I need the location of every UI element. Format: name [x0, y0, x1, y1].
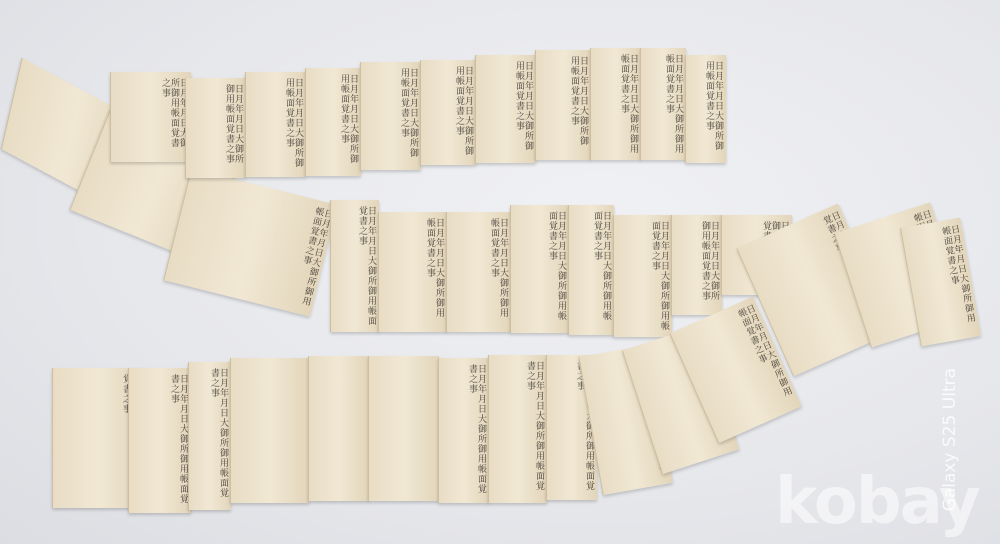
- panel: 日月年月日大御所御用帳面覚書之事: [185, 78, 246, 178]
- panel-text: 日月年月日大御所御用帳面覚書之事: [645, 54, 682, 154]
- panel-text: 日月年月日大御所御用帳面覚書之事: [365, 68, 417, 164]
- panel-text: 日月年月日大御所御用帳面覚書之事: [310, 74, 357, 170]
- panel: 日月年月日大御所御用帳面覚書之事: [110, 72, 191, 162]
- panel: 日月年月日大御所御用帳面覚書之事: [378, 212, 447, 332]
- panel: 日月年月日大御所御用帳面覚書之事: [420, 60, 476, 165]
- panel: 日月年月日大御所御用帳面覚書之事: [188, 362, 231, 510]
- panel-text: 日月年月日大御所御用帳面覚書之事: [193, 368, 227, 504]
- panel: 日月年月日大御所御用帳面覚書之事: [488, 355, 547, 503]
- panel-text: 日月年月日大御所御用帳面覚書之事: [493, 361, 543, 497]
- panel-text: 日月年月日大御所御用帳面覚書之事: [515, 211, 565, 327]
- panel: 日月年月日大御所御用帳面覚書之事: [438, 358, 489, 503]
- panel: 日月年月日大御所御用帳面覚書之事: [640, 48, 686, 160]
- panel: 日月年月日大御所御用帳面覚書之事: [535, 50, 591, 160]
- panel: 日月年月日大御所御用帳面覚書之事: [245, 72, 306, 177]
- panel-text: 日月年月日大御所御用帳面覚書之事: [190, 84, 242, 172]
- panel-text: 日月年月日大御所御用帳面覚書之事: [595, 54, 637, 154]
- panel-text: 日月年月日大御所御用帳面覚書之事: [573, 211, 610, 329]
- panel: 日月年月日大御所御用帳面覚書之事: [510, 205, 569, 333]
- panel-text: 日月年月日大御所御用帳面覚書之事: [115, 78, 187, 156]
- panel-text: 日月年月日大御所御用帳面覚書之事: [250, 78, 302, 171]
- panel: 日月年月日大御所御用帳面覚書之事: [671, 215, 722, 315]
- panel: 日月年月日大御所御用帳面覚書之事: [475, 55, 536, 163]
- panel-text: 日月年月日大御所御用帳面覚書之事: [451, 218, 507, 326]
- panel-text: 日月年月日大御所御用帳面覚書之事: [618, 221, 668, 331]
- panel: 日月年月日大御所御用帳面覚書之事: [330, 200, 379, 332]
- panel-text: 日月年月日大御所御用帳面覚書之事: [690, 61, 722, 157]
- panel: 日月年月日大御所御用帳面覚書之事: [128, 368, 191, 513]
- panel-text: 日月年月日大御所御用帳面覚書之事: [425, 66, 472, 159]
- panel-text: 日月年月日大御所御用帳面覚書之事: [335, 206, 375, 326]
- panel: 日月年月日大御所御用帳面覚書之事: [446, 212, 511, 332]
- panel: 日月年月日大御所御用帳面覚書之事: [568, 205, 614, 335]
- panel: 日月年月日大御所御用帳面覚書之事: [305, 68, 361, 176]
- panel-text: 日月年月日大御所御用帳面覚書之事: [676, 221, 718, 309]
- panel: 日月年月日大御所御用帳面覚書之事: [590, 48, 641, 160]
- panel-text: 日月年月日大御所御用帳面覚書之事: [480, 61, 532, 157]
- panel: 日月年月日大御所御用帳面覚書之事: [685, 55, 726, 163]
- panel-text: 日月年月日大御所御用帳面覚書之事: [383, 218, 443, 326]
- blank-panel: [368, 356, 439, 501]
- device-label: Galaxy S25 Ultra: [940, 368, 960, 511]
- panel-text: 日月年月日大御所御用帳面覚書之事: [540, 56, 587, 154]
- panel-text: 日月年月日大御所御用帳面覚書之事: [57, 374, 139, 502]
- panel-text: 日月年月日大御所御用帳面覚書之事: [133, 374, 187, 507]
- blank-panel: [230, 358, 309, 503]
- panel-text: 日月年月日大御所御用帳面覚書之事: [443, 364, 485, 497]
- panel: 日月年月日大御所御用帳面覚書之事: [613, 215, 672, 337]
- blank-panel: [308, 356, 369, 501]
- panel: 日月年月日大御所御用帳面覚書之事: [360, 62, 421, 170]
